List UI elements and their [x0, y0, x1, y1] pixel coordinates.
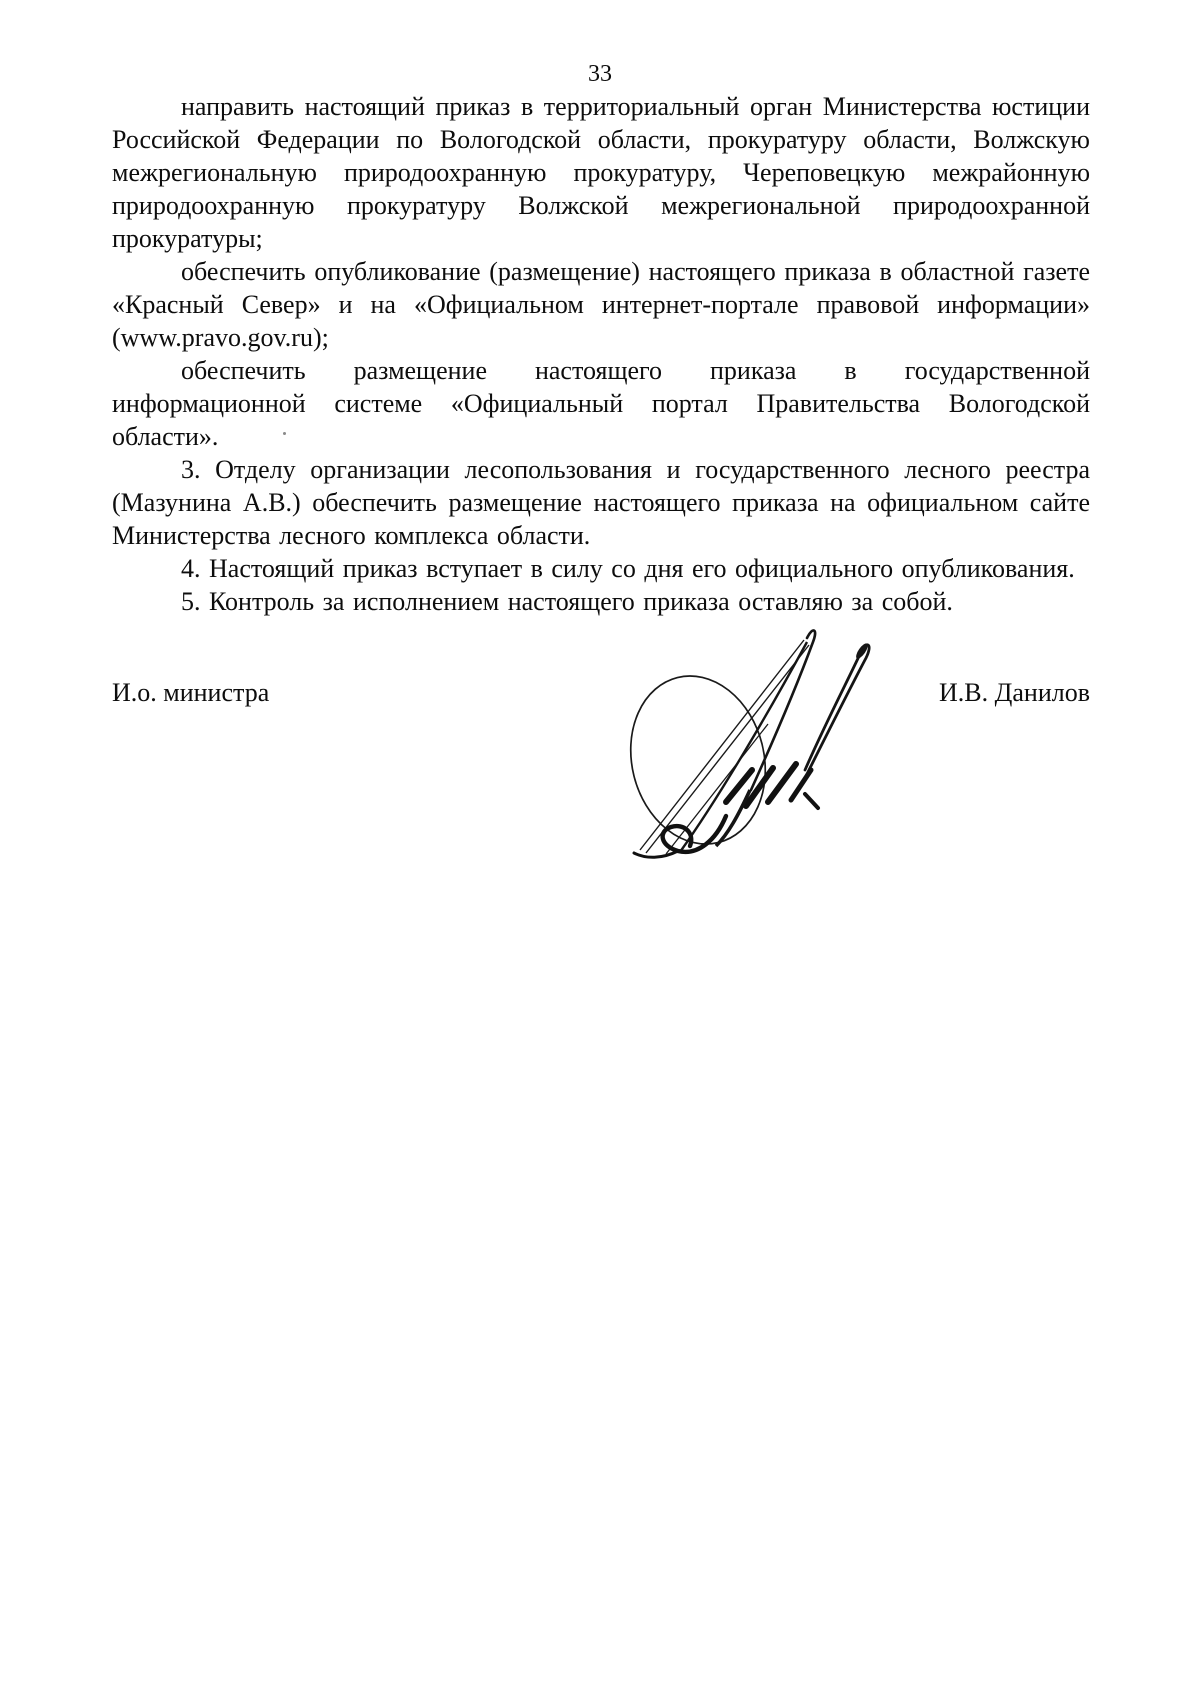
paragraph-publish-portal: обеспечить размещение настоящего приказа… [112, 354, 1090, 453]
handwritten-signature-icon [608, 618, 884, 862]
paragraph-item-5: 5. Контроль за исполнением настоящего пр… [112, 585, 1090, 618]
paragraph-send-order: направить настоящий приказ в территориал… [112, 90, 1090, 255]
signer-name: И.В. Данилов [939, 676, 1090, 709]
document-page: 33 направить настоящий приказ в территор… [0, 0, 1200, 1697]
paragraph-publish-newspaper: обеспечить опубликование (размещение) на… [112, 255, 1090, 354]
paragraph-item-4: 4. Настоящий приказ вступает в силу со д… [112, 552, 1090, 585]
scan-artifact-dot [283, 432, 286, 435]
document-body: направить настоящий приказ в территориал… [112, 90, 1090, 618]
page-number: 33 [0, 60, 1200, 88]
signer-position-label: И.о. министра [112, 676, 269, 709]
paragraph-item-3: 3. Отделу организации лесопользования и … [112, 453, 1090, 552]
